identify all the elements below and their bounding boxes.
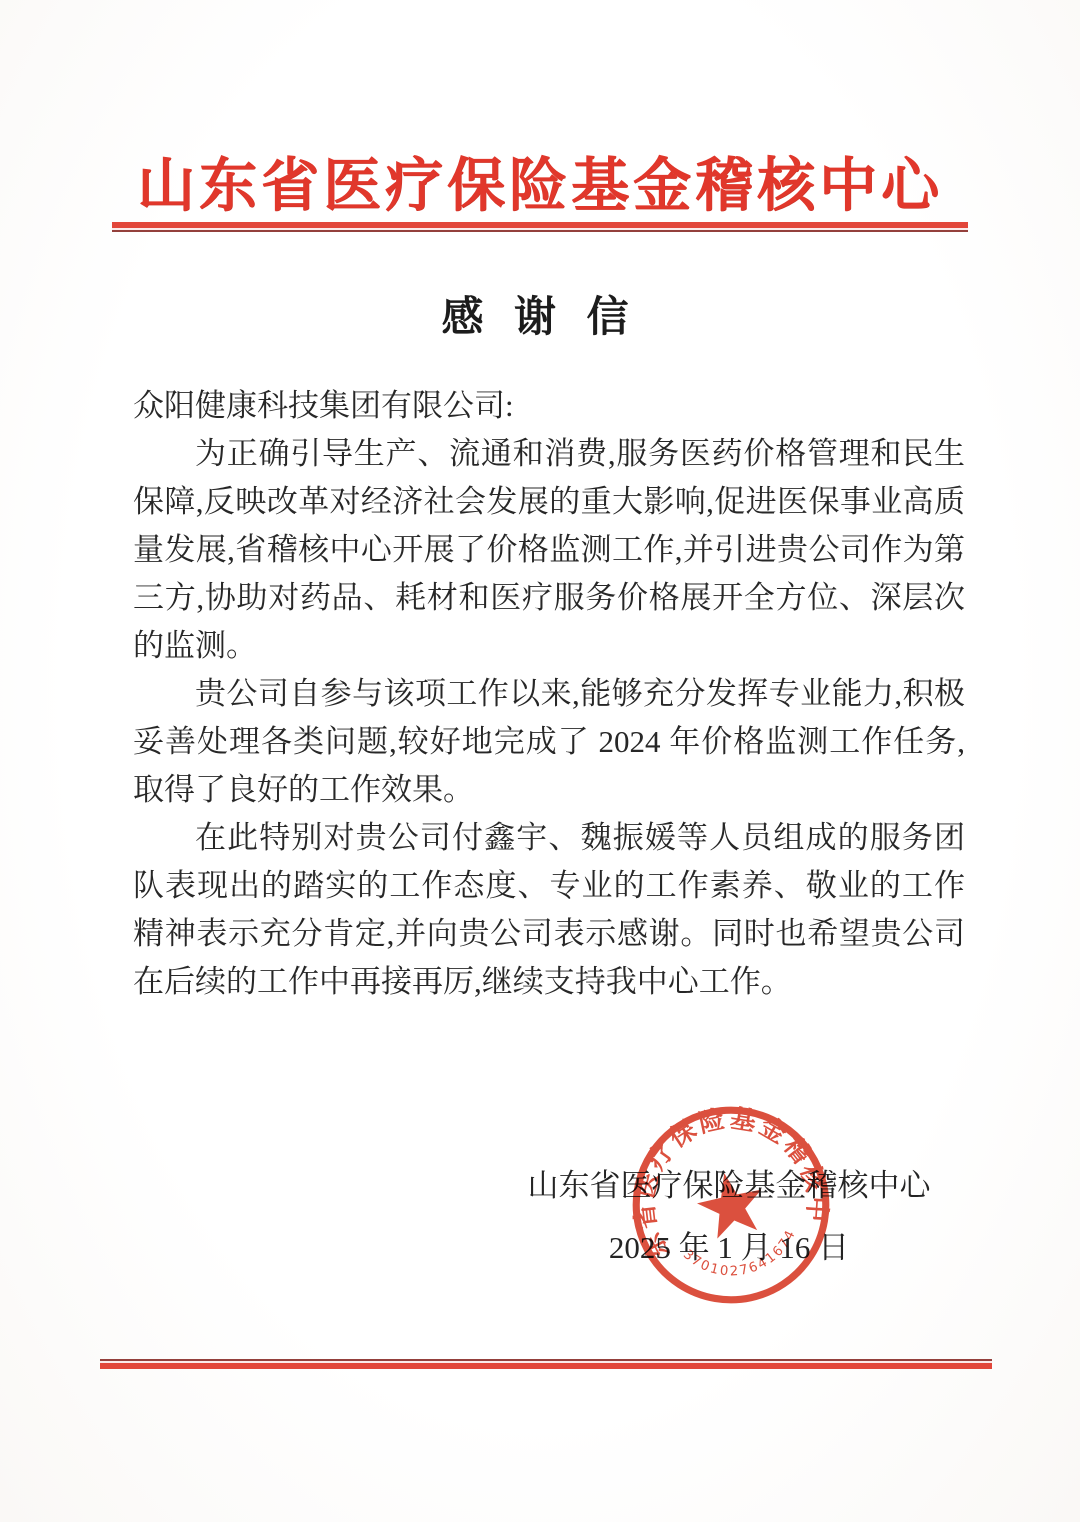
letter-title: 感 谢 信 [0,284,1080,344]
official-seal-stamp: 山东省医疗保险基金稽核中心 3701027641674 [604,1078,858,1332]
seal-star-icon [692,1166,769,1241]
paragraph-3: 在此特别对贵公司付鑫宇、魏振媛等人员组成的服务团队表现出的踏实的工作态度、专业的… [133,814,965,1006]
paragraph-2: 贵公司自参与该项工作以来,能够充分发挥专业能力,积极妥善处理各类问题,较好地完成… [133,670,965,814]
svg-text:山东省医疗保险基金稽核中心: 山东省医疗保险基金稽核中心 [604,1078,839,1270]
seal-icon: 山东省医疗保险基金稽核中心 3701027641674 [604,1078,858,1332]
letter-page: 山东省医疗保险基金稽核中心 感 谢 信 众阳健康科技集团有限公司: 为正确引导生… [0,0,1080,1522]
salutation: 众阳健康科技集团有限公司: [133,382,965,430]
letter-body: 众阳健康科技集团有限公司: 为正确引导生产、流通和消费,服务医药价格管理和民生保… [133,382,965,1006]
footer-double-rule [100,1359,992,1369]
header-double-rule [112,222,968,232]
paragraph-1: 为正确引导生产、流通和消费,服务医药价格管理和民生保障,反映改革对经济社会发展的… [133,430,965,670]
letterhead-title: 山东省医疗保险基金稽核中心 [0,138,1080,222]
seal-arc-text: 山东省医疗保险基金稽核中心 [604,1078,839,1270]
footer-rule-thick [100,1363,992,1369]
header-rule-thin [112,230,968,232]
